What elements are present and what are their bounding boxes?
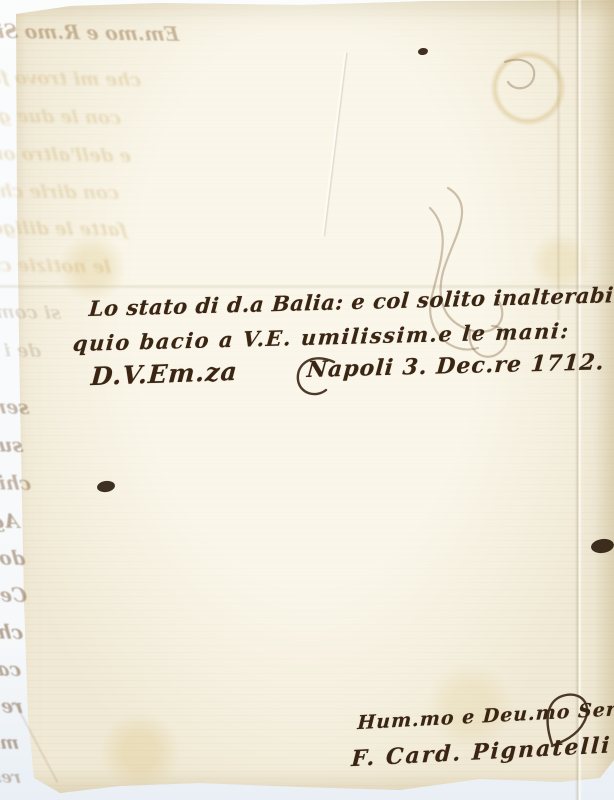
showthrough-line: sue, e dell'altro corrente, uno delli 26… [0, 425, 24, 457]
letter-page [0, 0, 614, 800]
showthrough-line: resto off.mo ai suoi primi comandi con o… [0, 759, 22, 788]
showthrough-line: mandare da quel Rev.mo Vesc.o al suo fis… [0, 722, 20, 754]
showthrough-line: re di Nocera si necessita la nuova infor… [0, 686, 24, 718]
showthrough-line: che s'è potuta avere, colle diligenze co… [0, 613, 24, 645]
showthrough-line: cadendo diversamente, che per la Badia d… [0, 649, 22, 681]
showthrough-line: do l'onore d'inviare a V.Em.za q.che ann… [0, 538, 26, 570]
scanned-letter-image: che mi trovo favorita dalla benignità di… [0, 0, 614, 800]
showthrough-line: Agent.e Sig. Siervo Prada, ultimam.te mo… [0, 500, 20, 533]
